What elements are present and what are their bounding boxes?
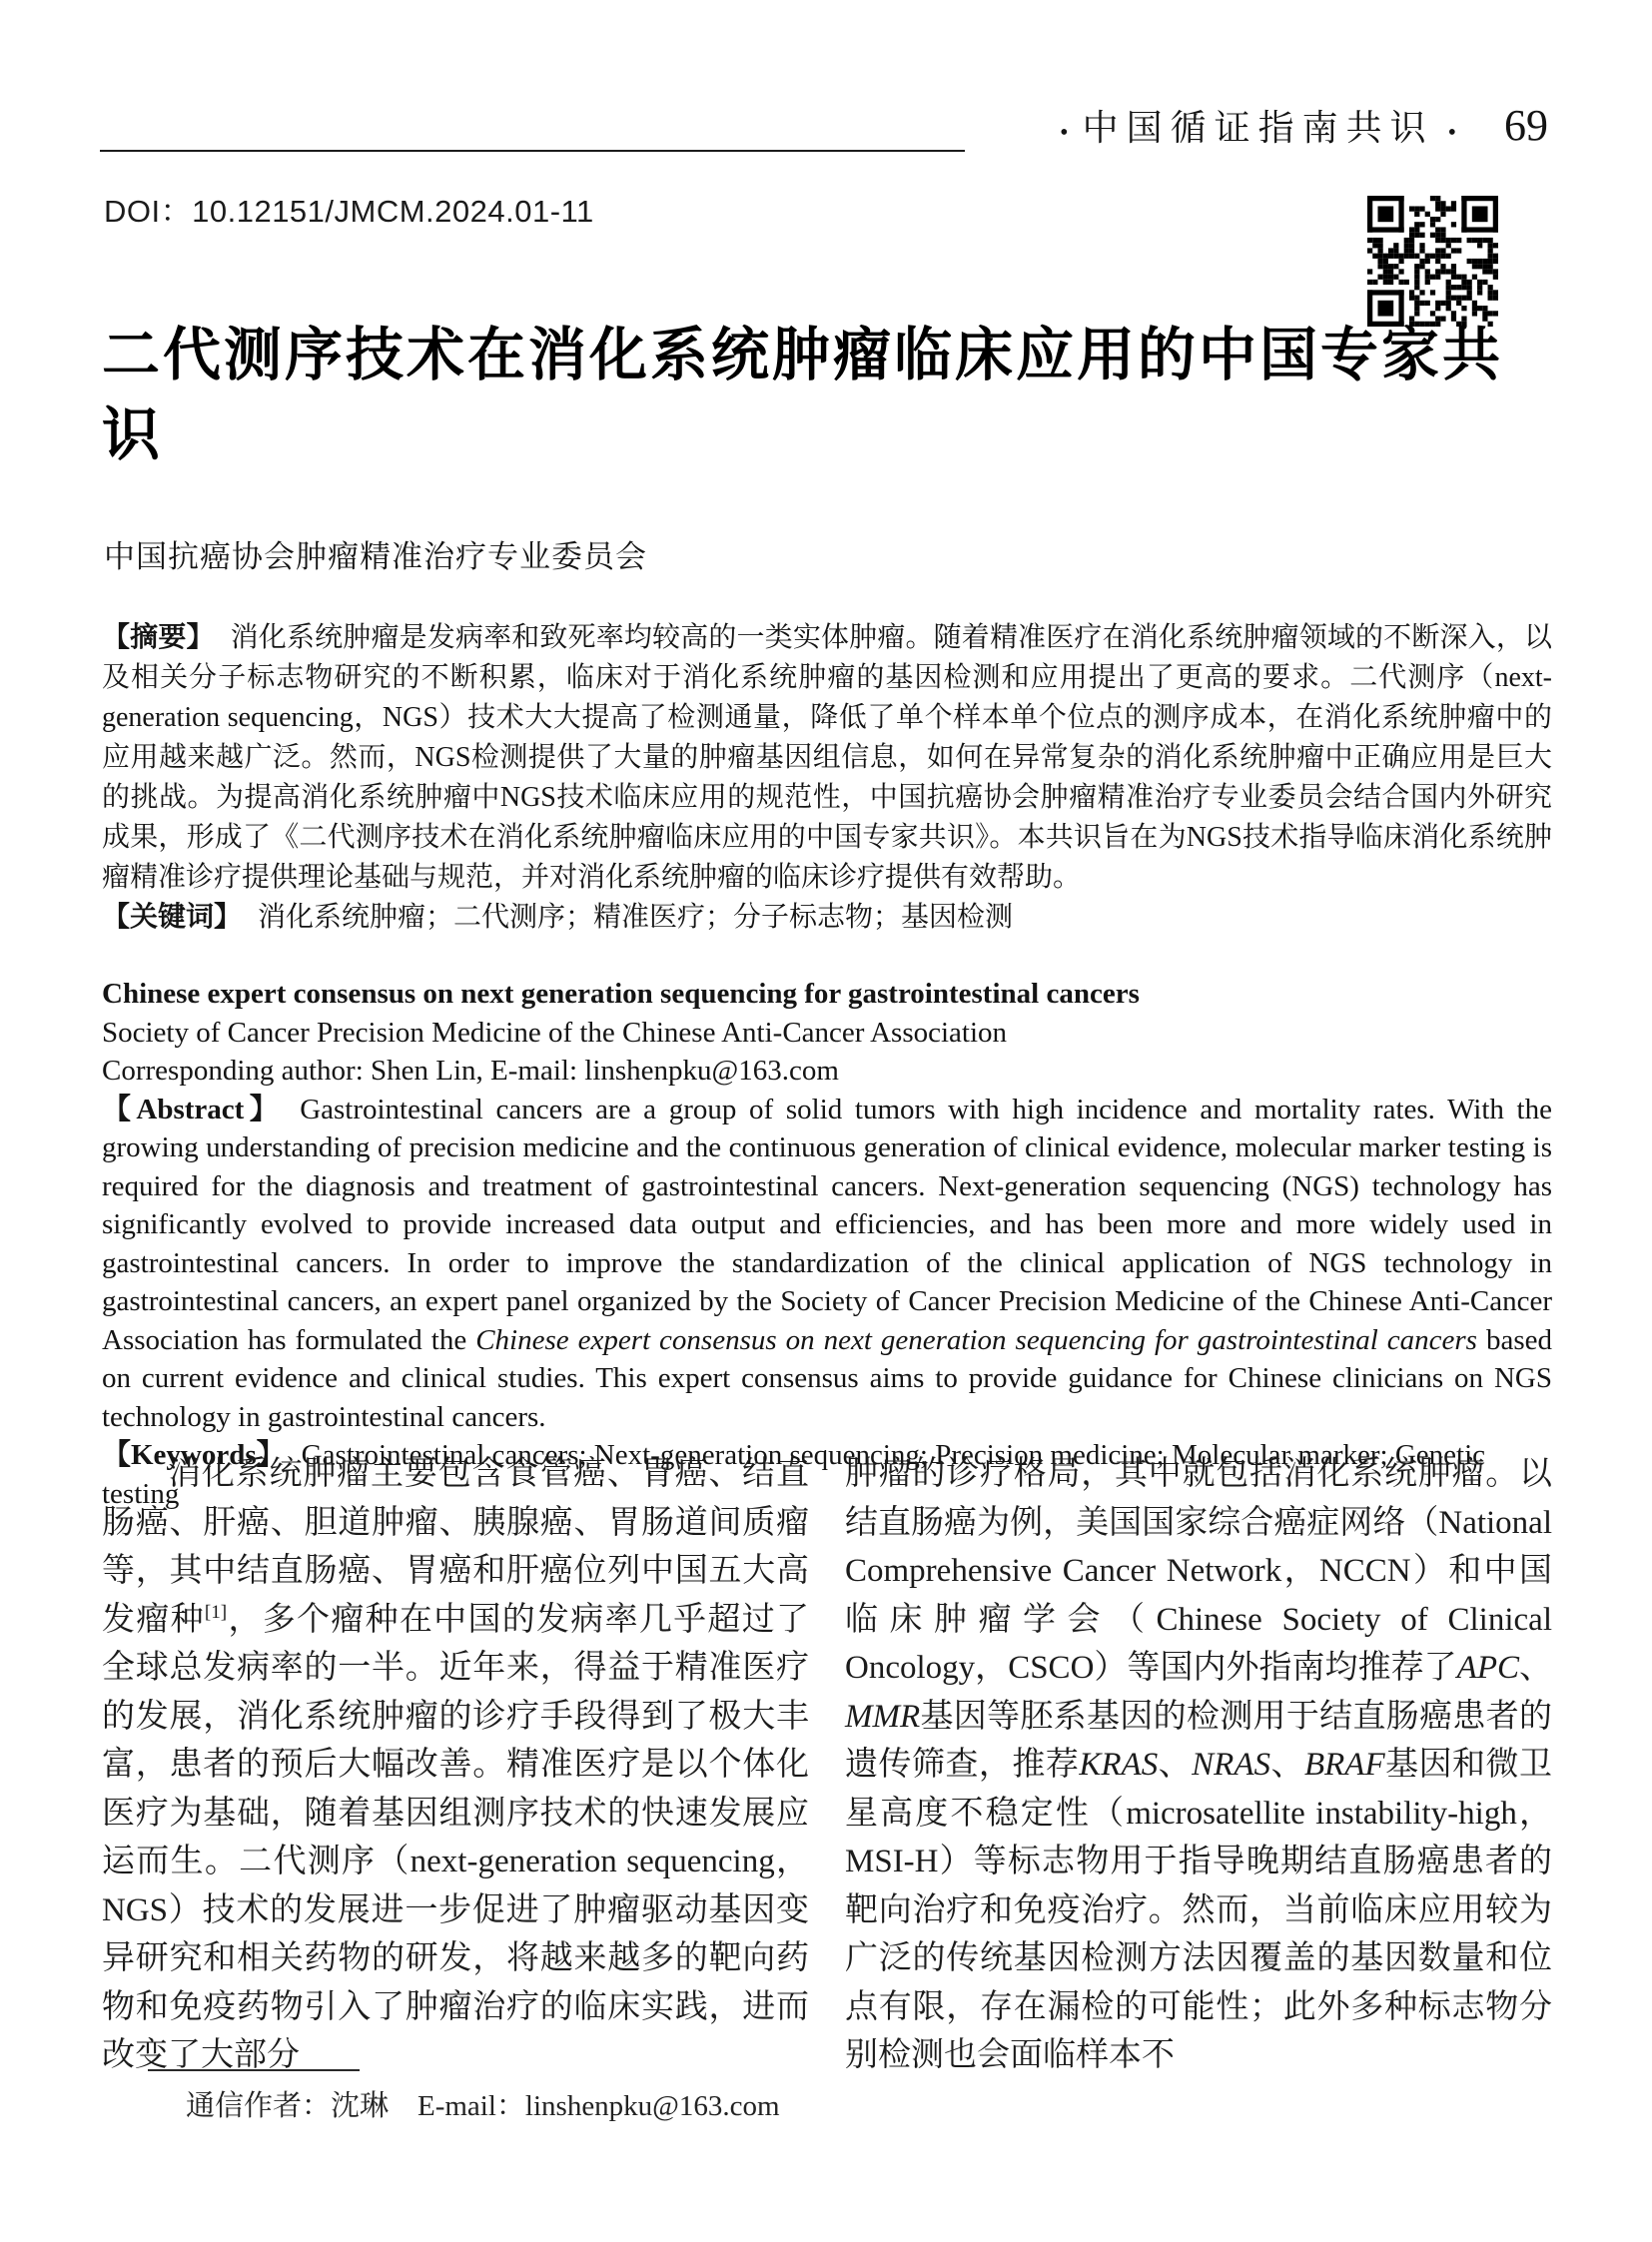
abstract-text-cn: 消化系统肿瘤是发病率和致死率均较高的一类实体肿瘤。随着精准医疗在消化系统肿瘤领域… (102, 622, 1552, 893)
english-society: Society of Cancer Precision Medicine of … (102, 1014, 1552, 1053)
keywords-label-cn: 【关键词】 (102, 902, 242, 933)
abstract-text-en: Gastrointestinal cancers are a group of … (102, 1094, 1552, 1433)
body-column-left: 消化系统肿瘤主要包含食管癌、胃癌、结直肠癌、肝癌、胆道肿瘤、胰腺癌、胃肠道间质瘤… (102, 1450, 809, 2080)
author-affiliation: 中国抗癌协会肿瘤精准治疗专业委员会 (104, 531, 647, 576)
english-title: Chinese expert consensus on next generat… (102, 975, 1552, 1014)
article-title: 二代测序技术在消化系统肿瘤临床应用的中国专家共识 (102, 316, 1536, 475)
bullet-icon: • (1448, 113, 1456, 153)
body-paragraph-left: 消化系统肿瘤主要包含食管癌、胃癌、结直肠癌、肝癌、胆道肿瘤、胰腺癌、胃肠道间质瘤… (102, 1450, 809, 2080)
english-abstract: 【Abstract】Gastrointestinal cancers are a… (102, 1091, 1552, 1437)
body-paragraph-right: 肿瘤的诊疗格局，其中就包括消化系统肿瘤。以结直肠癌为例，美国国家综合癌症网络（N… (845, 1450, 1552, 2080)
qr-code (1367, 196, 1498, 327)
chinese-abstract: 【摘要】消化系统肿瘤是发病率和致死率均较高的一类实体肿瘤。随着精准医疗在消化系统… (102, 618, 1552, 898)
header-rule (100, 150, 965, 152)
abstract-label-en: 【Abstract】 (102, 1094, 284, 1125)
keywords-text-cn: 消化系统肿瘤；二代测序；精准医疗；分子标志物；基因检测 (258, 902, 1013, 933)
bullet-icon: • (1060, 113, 1068, 153)
footnote-rule (148, 2069, 360, 2071)
doi-text: DOI：10.12151/JMCM.2024.01-11 (104, 186, 594, 231)
body-column-right: 肿瘤的诊疗格局，其中就包括消化系统肿瘤。以结直肠癌为例，美国国家综合癌症网络（N… (845, 1450, 1552, 2080)
running-head: • 中国循证指南共识 • 69 (1046, 104, 1548, 153)
corresponding-author: Corresponding author: Shen Lin, E-mail: … (102, 1052, 1552, 1091)
chinese-keywords: 【关键词】消化系统肿瘤；二代测序；精准医疗；分子标志物；基因检测 (102, 898, 1552, 938)
journal-section-name: 中国循证指南共识 (1083, 106, 1434, 150)
abstract-label-cn: 【摘要】 (102, 622, 215, 653)
body-columns: 消化系统肿瘤主要包含食管癌、胃癌、结直肠癌、肝癌、胆道肿瘤、胰腺癌、胃肠道间质瘤… (102, 1450, 1552, 2080)
chinese-abstract-block: 【摘要】消化系统肿瘤是发病率和致死率均较高的一类实体肿瘤。随着精准医疗在消化系统… (102, 618, 1552, 938)
english-block: Chinese expert consensus on next generat… (102, 975, 1552, 1513)
journal-first-page: • 中国循证指南共识 • 69 DOI：10.12151/JMCM.2024.0… (0, 0, 1652, 2242)
page-number: 69 (1504, 104, 1548, 148)
corresponding-author-footnote: 通信作者：沈琳 E-mail：linshenpku@163.com (186, 2083, 780, 2124)
